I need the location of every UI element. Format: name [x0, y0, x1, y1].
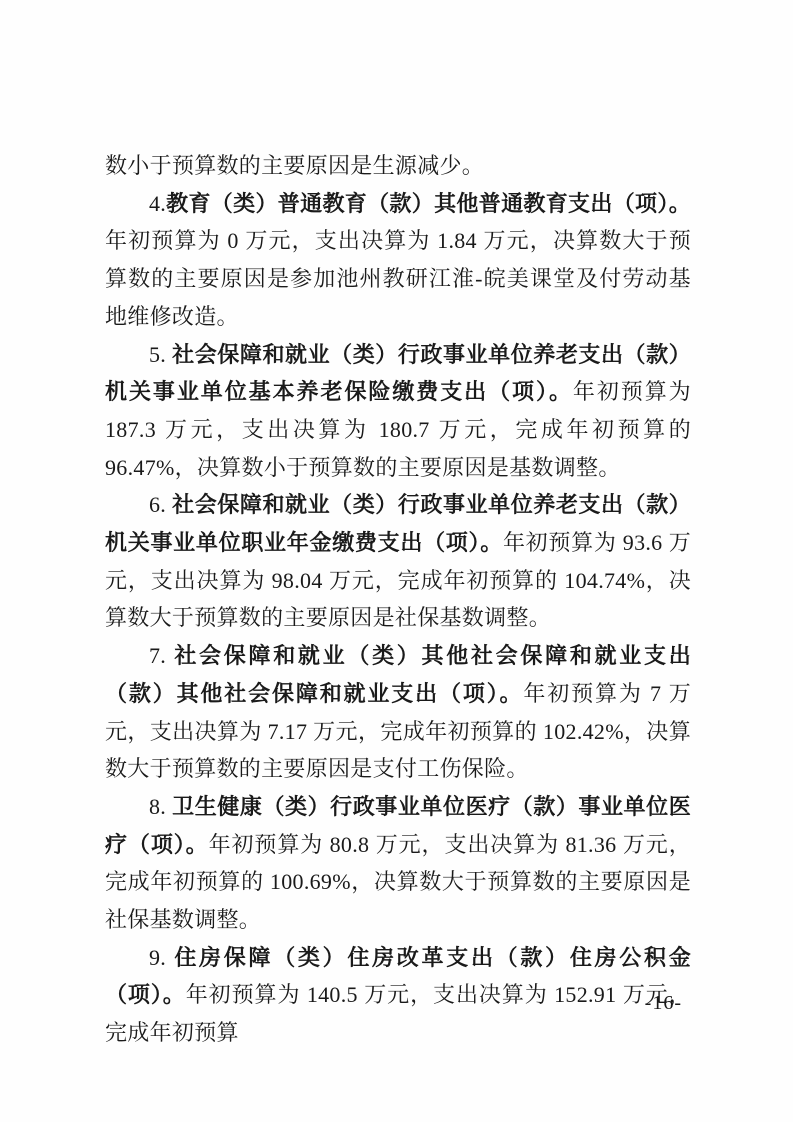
paragraph-continuation: 数小于预算数的主要原因是生源减少。: [105, 147, 691, 185]
item-number: 4.: [149, 191, 166, 216]
paragraph-item-8: 8. 卫生健康（类）行政事业单位医疗（款）事业单位医疗（项）。年初预算为 80.…: [105, 788, 691, 939]
item-number: 5.: [149, 342, 172, 367]
item-detail: 年初预算为 0 万元，支出决算为 1.84 万元，决算数大于预算数的主要原因是参…: [105, 228, 691, 328]
document-page: 数小于预算数的主要原因是生源减少。 4.教育（类）普通教育（款）其他普通教育支出…: [0, 0, 793, 1122]
page-number: -16-: [0, 992, 682, 1015]
paragraph-item-4: 4.教育（类）普通教育（款）其他普通教育支出（项）。年初预算为 0 万元，支出决…: [105, 185, 691, 336]
body-text: 数小于预算数的主要原因是生源减少。: [105, 153, 484, 178]
item-number: 9.: [149, 945, 174, 970]
paragraph-item-7: 7. 社会保障和就业（类）其他社会保障和就业支出（款）其他社会保障和就业支出（项…: [105, 637, 691, 788]
item-number: 7.: [149, 643, 174, 668]
paragraph-item-5: 5. 社会保障和就业（类）行政事业单位养老支出（款）机关事业单位基本养老保险缴费…: [105, 336, 691, 487]
item-title: 教育（类）普通教育（款）其他普通教育支出（项）。: [166, 191, 691, 216]
document-body: 数小于预算数的主要原因是生源减少。 4.教育（类）普通教育（款）其他普通教育支出…: [105, 147, 691, 1052]
item-number: 8.: [149, 794, 172, 819]
paragraph-item-6: 6. 社会保障和就业（类）行政事业单位养老支出（款）机关事业单位职业年金缴费支出…: [105, 486, 691, 637]
item-number: 6.: [149, 492, 172, 517]
